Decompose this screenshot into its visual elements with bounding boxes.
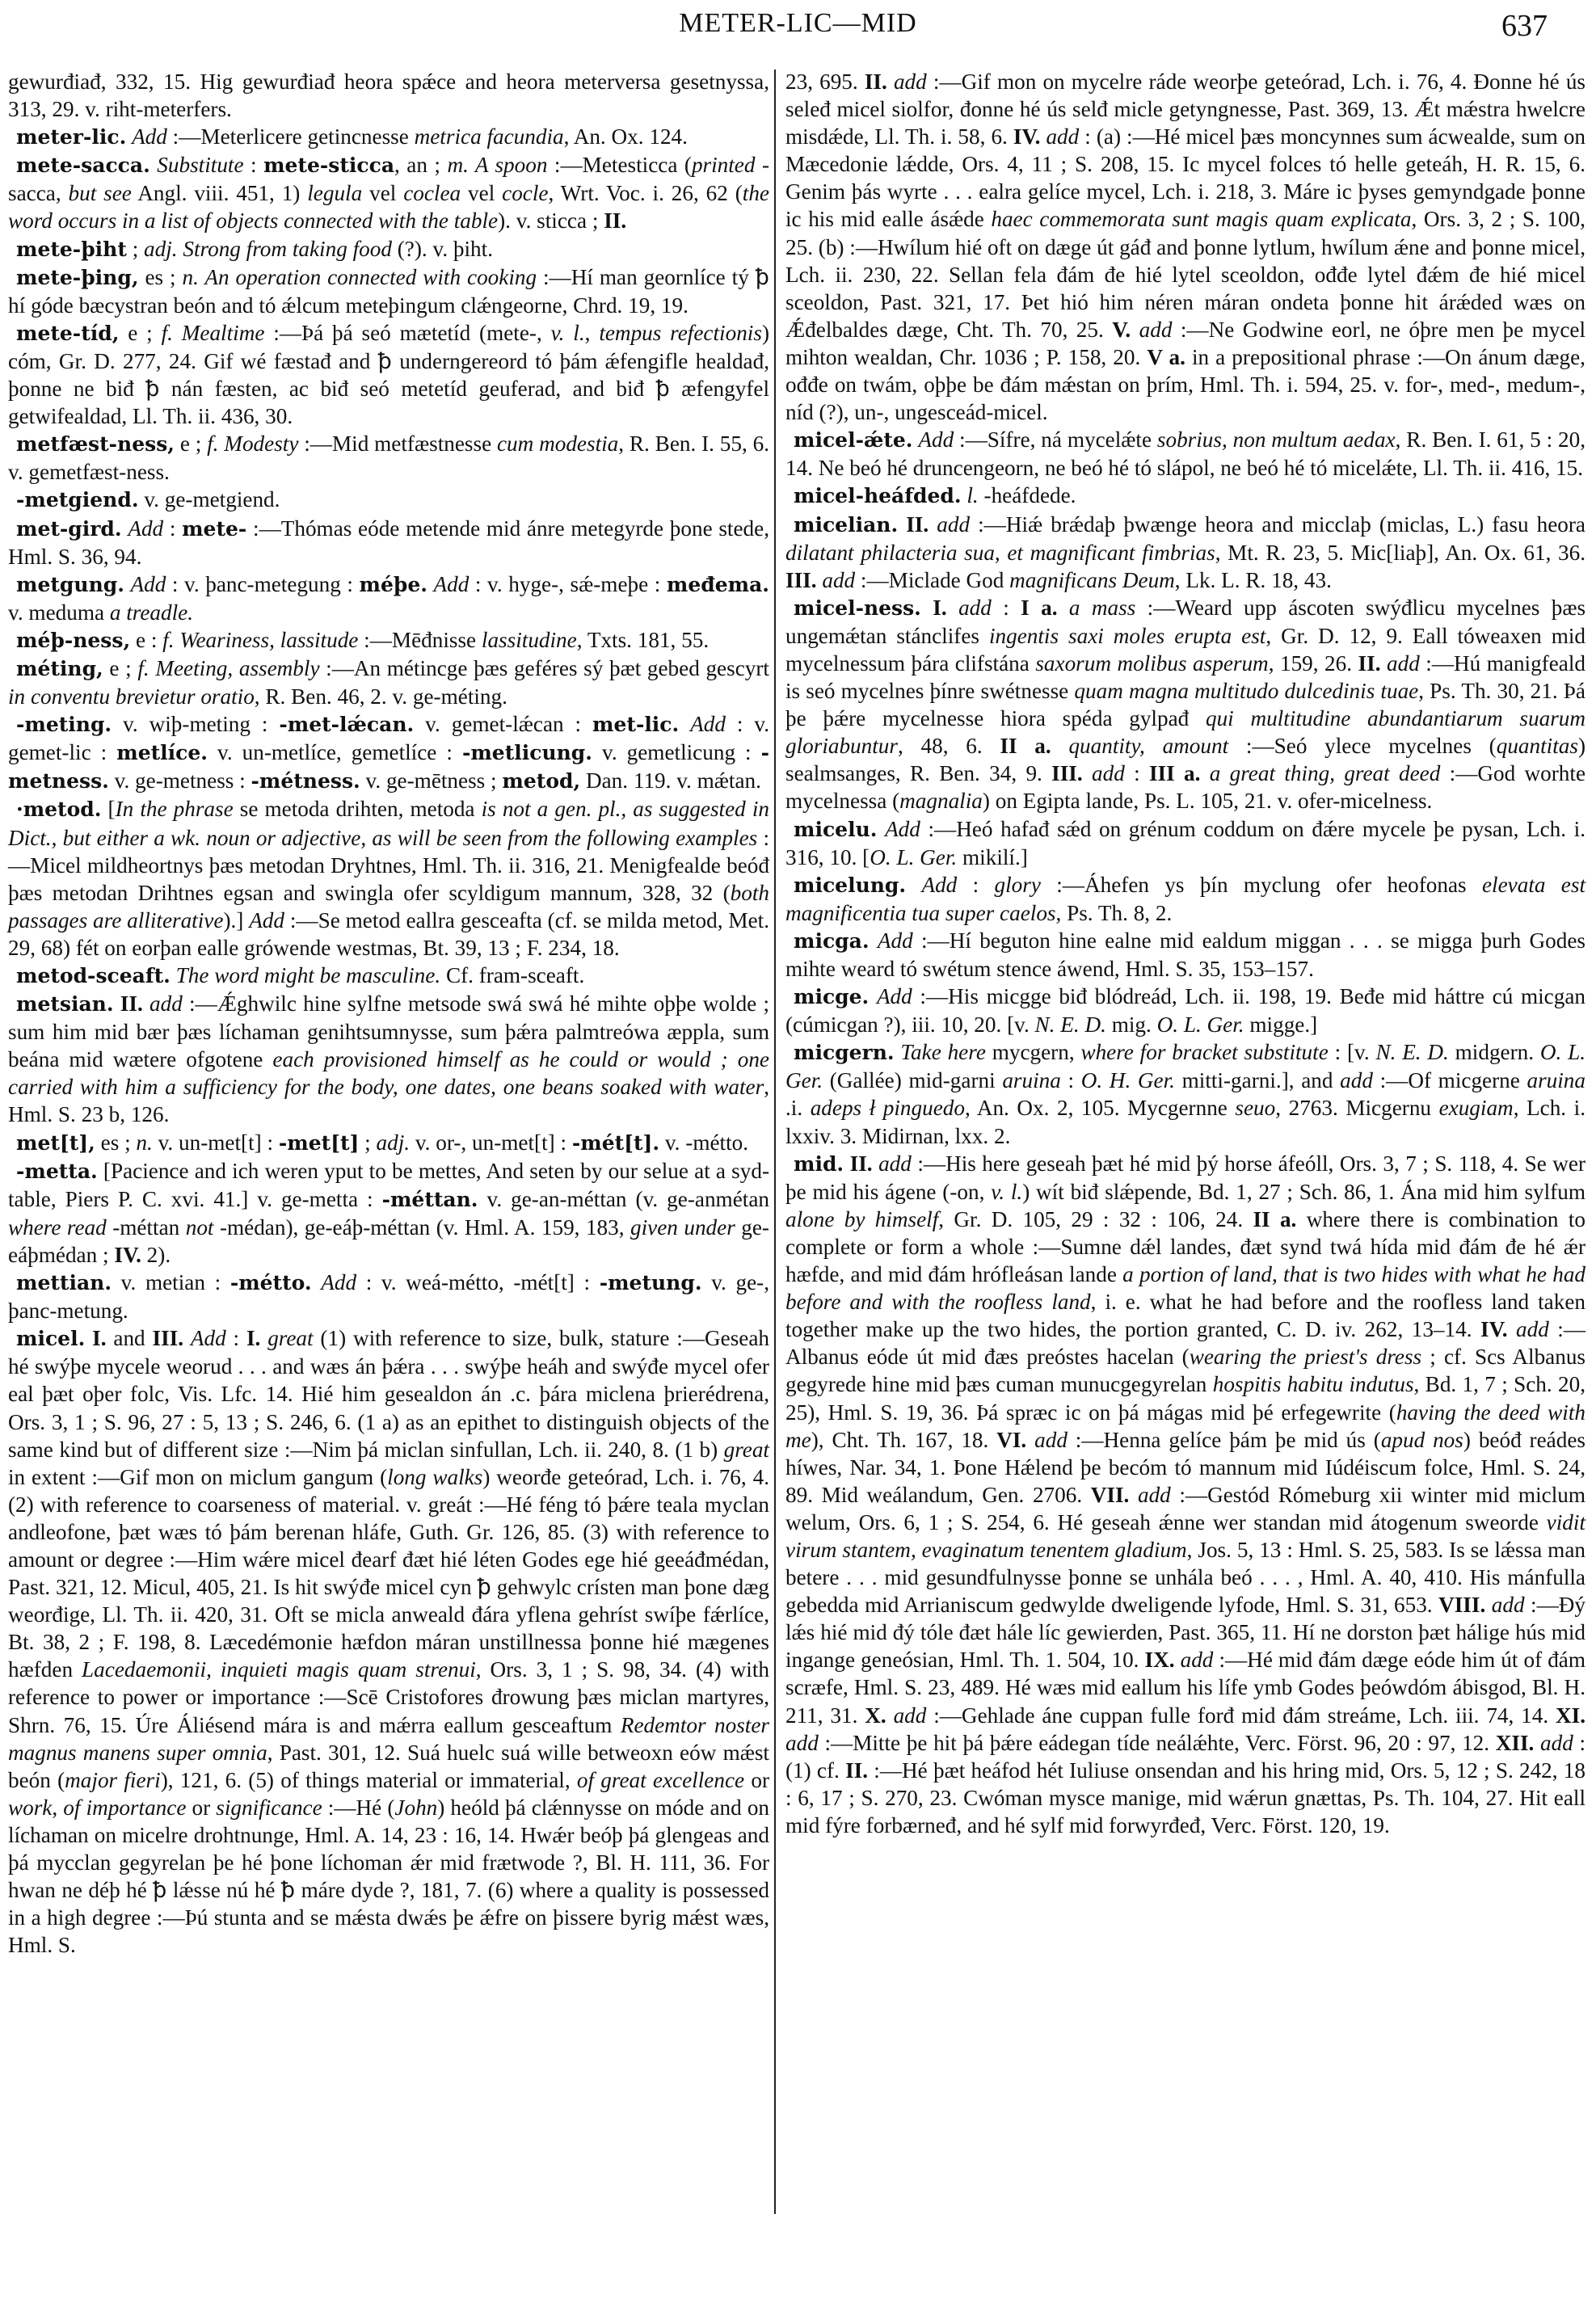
headword: micelung. xyxy=(794,873,906,897)
headword: meter-lic. xyxy=(16,125,126,149)
italic-text: The word might be masculine. xyxy=(176,963,440,987)
sense-number: IX. xyxy=(1145,1648,1175,1672)
entry-text: e ; xyxy=(119,321,161,345)
entry-text: : xyxy=(244,153,264,177)
sense-number: XII. xyxy=(1496,1731,1535,1755)
italic-text: add xyxy=(958,596,992,620)
italic-text: apud nos xyxy=(1381,1428,1463,1452)
dictionary-entry: met[t], es ; n. v. un-met[t] : -met[t] ;… xyxy=(8,1129,769,1157)
entry-text: midgern. xyxy=(1449,1040,1540,1064)
entry-text: v. ge-metness : xyxy=(109,768,251,793)
italic-text: Add xyxy=(128,516,163,541)
sense-number: III. xyxy=(152,1326,183,1350)
dictionary-entry: micel-heáfded. l. -heáfdede. xyxy=(785,482,1585,510)
dictionary-entry: -metta. [Pacience and ich weren yput to … xyxy=(8,1157,769,1269)
dictionary-entry: micelu. Add :—Heó hafađ sǽd on grénum co… xyxy=(785,815,1585,871)
entry-text: ). v. sticca ; xyxy=(498,208,604,233)
headword: mete- xyxy=(182,517,246,541)
sense-number: X. xyxy=(865,1703,886,1728)
entry-text: 2). xyxy=(141,1243,171,1267)
headword: met-gird. xyxy=(16,517,122,541)
italic-text: haec commemorata sunt magis quam explica… xyxy=(991,207,1411,231)
entry-text: -méttan xyxy=(107,1215,186,1240)
entry-text: ; xyxy=(359,1130,376,1155)
headword: micelian. xyxy=(794,513,898,537)
entry-text: migge.] xyxy=(1244,1012,1318,1037)
italic-text: dilatant philacteria sua, et magnificant… xyxy=(785,541,1215,565)
entry-text: v. gemetlicung : xyxy=(592,740,761,764)
dictionary-entry: micgern. Take here mycgern, where for br… xyxy=(785,1038,1585,1149)
italic-text: quantitas xyxy=(1497,734,1578,758)
entry-text: Dan. 119. v. mǽtan. xyxy=(580,768,761,793)
entry-text: and xyxy=(107,1326,153,1350)
entry-text: ) on Egipta lande, Ps. L. 105, 21. v. of… xyxy=(983,789,1432,813)
entry-text: :—An métincge þæs geféres sý þæt gebed g… xyxy=(320,656,769,680)
entry-text: v. or-, un-met[t] : xyxy=(410,1130,572,1155)
entry-text: or xyxy=(186,1795,216,1820)
headword: mete-sacca. xyxy=(16,154,150,177)
headword: -méttan. xyxy=(382,1188,478,1211)
dictionary-entry: met-gird. Add : mete- :—Thómas eóde mete… xyxy=(8,515,769,570)
sense-number: XI. xyxy=(1556,1703,1585,1728)
entry-text xyxy=(427,572,434,596)
italic-text: adj. Strong from taking food xyxy=(144,237,392,261)
entry-text: ), Cht. Th. 167, 18. xyxy=(811,1428,997,1452)
entry-text: , 2763. Micgernu xyxy=(1275,1096,1438,1120)
headword: mete-sticca xyxy=(263,154,394,177)
entry-text: :—Hé ( xyxy=(322,1795,395,1820)
entry-text: vel xyxy=(362,181,403,205)
italic-text: long walks xyxy=(387,1465,482,1489)
entry-text: se metoda drihten, metoda xyxy=(234,797,482,821)
entry-text: v. ge-an-méttan (v. ge-anmétan xyxy=(478,1187,769,1211)
headword: micge. xyxy=(794,985,869,1008)
entry-text: , Mt. R. 23, 5. Mic[liaþ], An. Ox. 61, 3… xyxy=(1215,541,1585,565)
entry-text: : xyxy=(163,516,182,541)
entry-text: v. metian : xyxy=(112,1270,230,1294)
sense-number: IV. xyxy=(1480,1317,1508,1341)
italic-text: In the phrase xyxy=(116,797,234,821)
headword: micelu. xyxy=(794,818,877,841)
dictionary-entry: 23, 695. II. add :—Gif mon on mycelre rá… xyxy=(785,68,1585,426)
dictionary-entry: gewurđiađ, 332, 15. Hig gewurđiađ heora … xyxy=(8,68,769,123)
headword: mete-þing, xyxy=(16,266,139,289)
headword: -meting. xyxy=(16,713,112,736)
entry-text xyxy=(1200,761,1209,785)
dictionary-entry: metfæst-ness, e ; f. Modesty :—Mid metfæ… xyxy=(8,430,769,486)
headword: méting, xyxy=(16,657,103,680)
headword: -metung. xyxy=(600,1271,702,1294)
entry-text xyxy=(1508,1317,1516,1341)
entry-text xyxy=(1131,318,1139,342)
entry-text: : v. weá-métto, -mét[t] : xyxy=(356,1270,600,1294)
entry-text: e ; xyxy=(103,656,138,680)
entry-text: (Gallée) mid-garni xyxy=(823,1068,1002,1092)
italic-text: add xyxy=(1138,1483,1171,1507)
entry-text: ).] xyxy=(223,908,249,932)
entry-text: , An. Ox. 124. xyxy=(564,124,688,149)
italic-text: add xyxy=(1540,1731,1573,1755)
entry-text: Angl. viii. 451, 1) xyxy=(132,181,307,205)
entry-text: :—Þá þá seó mætetíd (mete-, xyxy=(264,321,550,345)
sense-number: VIII. xyxy=(1438,1593,1485,1617)
italic-text: hospitis habitu indutus xyxy=(1213,1372,1414,1396)
dictionary-entry: micge. Add :—His micgge biđ blódreád, Lc… xyxy=(785,983,1585,1038)
italic-text: saxorum molibus asperum xyxy=(1035,651,1268,676)
headword: met[t], xyxy=(16,1131,95,1155)
headword: mete-tíd, xyxy=(16,322,119,345)
italic-text: magnalia xyxy=(899,789,983,813)
italic-text: glory xyxy=(995,873,1041,897)
entry-text: :—Miclade God xyxy=(855,568,1009,592)
dictionary-entry: -meting. v. wiþ-meting : -met-lǽcan. v. … xyxy=(8,710,769,795)
italic-text: Add xyxy=(918,427,954,452)
entry-text: :—Seó ylece mycelnes ( xyxy=(1228,734,1497,758)
headword: -metlicung. xyxy=(462,741,592,764)
entry-text: e : xyxy=(130,628,162,652)
headword: micel-ǽte. xyxy=(794,428,913,452)
entry-text xyxy=(679,712,690,736)
dictionary-entry: micel-ǽte. Add :—Sífre, ná mycelǽte sobr… xyxy=(785,426,1585,482)
italic-text: wearing the priest's dress xyxy=(1190,1345,1421,1369)
headword: micel-ness. xyxy=(794,596,921,620)
italic-text: add xyxy=(894,1703,927,1728)
dictionary-entry: mete-sacca. Substitute : mete-sticca, an… xyxy=(8,151,769,234)
entry-text: 23, 695. xyxy=(785,69,865,94)
entry-text: , Ps. Th. 8, 2. xyxy=(1056,901,1173,925)
headword: méþe. xyxy=(360,573,427,596)
entry-text: , Wrt. Voc. i. 26, 62 ( xyxy=(549,181,743,205)
italic-text: f. Weariness, lassitude xyxy=(162,628,358,652)
italic-text: Add xyxy=(249,908,284,932)
italic-text: n. xyxy=(136,1130,152,1155)
italic-text: printed xyxy=(692,153,756,177)
italic-text: add xyxy=(149,991,183,1016)
italic-text: Add xyxy=(877,984,912,1008)
entry-text: :—Mēđnisse xyxy=(358,628,482,652)
entry-text: v. meduma xyxy=(8,600,110,625)
dictionary-entry: meter-lic. Add :—Meterlicere getincnesse… xyxy=(8,123,769,151)
italic-text: f. Meeting, assembly xyxy=(137,656,319,680)
entry-text: : xyxy=(957,873,994,897)
right-column: 23, 695. II. add :—Gif mon on mycelre rá… xyxy=(785,68,1585,1839)
italic-text: N. E. D. xyxy=(1035,1012,1106,1037)
entry-text: : xyxy=(992,596,1021,620)
italic-text: Lacedaemonii, inquieti magis quam strenu… xyxy=(82,1657,476,1682)
headword: ·metod. xyxy=(16,798,101,821)
entry-text: -heáfdede. xyxy=(979,483,1076,507)
italic-text: a great thing, great deed xyxy=(1210,761,1441,785)
italic-text: Add xyxy=(921,873,957,897)
italic-text: in conventu brevietur oratio xyxy=(8,684,255,709)
entry-text xyxy=(947,596,958,620)
dictionary-entry: micel. I. and III. Add : I. great (1) wi… xyxy=(8,1324,769,1959)
sense-number: V. xyxy=(1112,318,1131,342)
entry-text: [ xyxy=(101,797,115,821)
sense-number: IV. xyxy=(1013,124,1041,149)
sense-number: II a. xyxy=(1253,1207,1296,1231)
entry-text: in extent :—Gif mon on miclum gangum ( xyxy=(8,1465,387,1489)
italic-text: legula xyxy=(307,181,362,205)
entry-text: v. ge-mētness ; xyxy=(360,768,503,793)
sense-number: III. xyxy=(1051,761,1083,785)
headword: -met-lǽcan. xyxy=(279,713,414,736)
italic-text: add xyxy=(878,1151,912,1176)
italic-text: significance xyxy=(216,1795,322,1820)
italic-text: adeps ł pinguedo xyxy=(811,1096,965,1120)
entry-text xyxy=(1051,734,1069,758)
italic-text: a treadle. xyxy=(110,600,193,625)
entry-text: :—Sífre, ná mycelǽte xyxy=(954,427,1157,452)
headword: međema. xyxy=(667,573,769,596)
italic-text: a mass xyxy=(1069,596,1135,620)
sense-number: VII. xyxy=(1091,1483,1130,1507)
italic-text: of great excellence xyxy=(577,1768,744,1792)
italic-text: add xyxy=(1387,651,1420,676)
entry-text: v. un-metlíce, gemetlíce : xyxy=(208,740,462,764)
entry-text: v. gemet-lǽcan : xyxy=(414,712,592,736)
dictionary-entry: metod-sceaft. The word might be masculin… xyxy=(8,962,769,990)
entry-text: , xyxy=(585,321,600,345)
entry-text: vel xyxy=(461,181,502,205)
entry-text: : [v. xyxy=(1329,1040,1376,1064)
entry-text xyxy=(124,572,131,596)
headword: metgung. xyxy=(16,573,124,596)
dictionary-entry: mettian. v. metian : -métto. Add : v. we… xyxy=(8,1269,769,1324)
entry-text: : v. hyge-, sǽ-meþe : xyxy=(469,572,667,596)
entry-text: mikilí.] xyxy=(957,845,1028,869)
headword: mid. xyxy=(794,1152,844,1176)
entry-text xyxy=(929,512,937,537)
sense-number: II. xyxy=(604,208,626,233)
entry-text: v. wiþ-meting : xyxy=(112,712,279,736)
italic-text: work xyxy=(8,1795,52,1820)
entry-text: : xyxy=(1125,761,1149,785)
italic-text: add xyxy=(1046,124,1079,149)
headword: -metgiend. xyxy=(16,488,139,511)
dictionary-entry: micga. Add :—Hí beguton hine ealne mid e… xyxy=(785,927,1585,983)
italic-text: Add xyxy=(131,572,166,596)
entry-text xyxy=(921,596,933,620)
italic-text: ingentis saxi moles erupta est xyxy=(989,624,1265,648)
italic-text: but see xyxy=(69,181,132,205)
italic-text: cum modestia xyxy=(497,431,618,456)
entry-text xyxy=(1026,1428,1034,1452)
headword: -mét[t]. xyxy=(572,1131,659,1155)
entry-text: , An. Ox. 2, 105. Mycgernne xyxy=(965,1096,1235,1120)
italic-text: not xyxy=(186,1215,214,1240)
entry-text: , an ; xyxy=(394,153,447,177)
italic-text: n. An operation connected with cooking xyxy=(183,265,537,289)
entry-text: , 159, 26. xyxy=(1269,651,1358,676)
italic-text: m. A spoon xyxy=(447,153,547,177)
italic-text: adj. xyxy=(377,1130,411,1155)
entry-text xyxy=(1083,761,1092,785)
entry-text: or xyxy=(744,1768,769,1792)
italic-text: N. E. D. xyxy=(1375,1040,1448,1064)
entry-text xyxy=(1485,1593,1492,1617)
italic-text: Add xyxy=(690,712,726,736)
italic-text: add xyxy=(1492,1593,1525,1617)
italic-text: add xyxy=(1139,318,1173,342)
dictionary-entry: micelian. II. add :—Hiǽ brǽdaþ þwænge he… xyxy=(785,511,1585,594)
headword: micga. xyxy=(794,929,870,953)
dictionary-entry: mid. II. add :—His here geseah þæt hé mi… xyxy=(785,1150,1585,1839)
sense-number: V a. xyxy=(1147,345,1185,369)
dictionary-entry: metsian. II. add :—Ǽghwilc hine sylfne m… xyxy=(8,990,769,1128)
dictionary-entry: ·metod. [In the phrase se metoda drihten… xyxy=(8,795,769,962)
italic-text: given under xyxy=(630,1215,735,1240)
entry-text xyxy=(898,512,906,537)
entry-text: :—Henna gelíce þám þe mid ús ( xyxy=(1068,1428,1381,1452)
italic-text: v. l. xyxy=(551,321,585,345)
sense-number: II. xyxy=(845,1758,868,1783)
left-column: gewurđiađ, 332, 15. Hig gewurđiađ heora … xyxy=(8,68,769,1959)
entry-text: Cf. fram-sceaft. xyxy=(440,963,584,987)
entry-text: , Txts. 181, 55. xyxy=(577,628,709,652)
entry-text xyxy=(312,1270,322,1294)
italic-text: major fieri xyxy=(65,1768,161,1792)
headword: metfæst-ness, xyxy=(16,432,175,456)
italic-text: cocle xyxy=(502,181,548,205)
entry-text: mitti-garni.], and xyxy=(1175,1068,1340,1092)
italic-text: Add xyxy=(885,817,920,841)
headword: metsian. xyxy=(16,992,114,1016)
entry-text xyxy=(887,69,894,94)
italic-text: aruina xyxy=(1002,1068,1061,1092)
italic-text: exugiam xyxy=(1439,1096,1514,1120)
entry-text: :—Gehlade áne cuppan fulle forđ mid đám … xyxy=(926,1703,1556,1728)
italic-text: of importance xyxy=(63,1795,186,1820)
italic-text: lassitudine xyxy=(482,628,577,652)
sense-number: I a. xyxy=(1021,596,1057,620)
dictionary-entry: méþ-ness, e : f. Weariness, lassitude :—… xyxy=(8,626,769,655)
entry-text xyxy=(1129,1483,1138,1507)
headword: mettian. xyxy=(16,1271,112,1294)
entry-text xyxy=(844,1151,849,1176)
italic-text: add xyxy=(822,568,855,592)
italic-text: add xyxy=(1516,1317,1549,1341)
italic-text: add xyxy=(1340,1068,1373,1092)
dictionary-entry: micel-ness. I. add : I a. a mass :—Weard… xyxy=(785,594,1585,815)
italic-text: Add xyxy=(191,1326,226,1350)
italic-text: O. H. Ger. xyxy=(1081,1068,1175,1092)
italic-text: sobrius, non multum aedax xyxy=(1157,427,1396,452)
italic-text: O. L. Ger. xyxy=(1157,1012,1244,1037)
italic-text: Add xyxy=(878,928,913,953)
entry-text: , Lk. L. R. 18, 43. xyxy=(1175,568,1332,592)
italic-text: great xyxy=(724,1438,769,1462)
dictionary-entry: micelung. Add : glory :—Áhefen ys þín my… xyxy=(785,871,1585,927)
dictionary-entry: méting, e ; f. Meeting, assembly :—An mé… xyxy=(8,655,769,710)
entry-text xyxy=(1058,596,1069,620)
sense-number: II. xyxy=(120,991,143,1016)
entry-text: :—Mid metfæstnesse xyxy=(298,431,497,456)
headword: metlíce. xyxy=(116,741,208,764)
entry-text: (?). v. þiht. xyxy=(392,237,493,261)
italic-text: quantity, amount xyxy=(1068,734,1228,758)
page-number: 637 xyxy=(1501,8,1548,44)
entry-text: ), 121, 6. (5) of things material or imm… xyxy=(161,1768,577,1792)
entry-text xyxy=(183,1326,191,1350)
entry-text xyxy=(1534,1731,1540,1755)
entry-text: mig. xyxy=(1106,1012,1157,1037)
entry-text xyxy=(1175,1648,1181,1672)
entry-text: : v. þanc-metegung : xyxy=(166,572,359,596)
entry-text: :—Of micgerne xyxy=(1373,1068,1527,1092)
entry-text: :—Hiǽ brǽdaþ þwænge heora and micclaþ (m… xyxy=(970,512,1585,537)
italic-text: Add xyxy=(434,572,470,596)
entry-text: , xyxy=(52,1795,63,1820)
headword: mete-þiht xyxy=(16,238,127,261)
italic-text: Substitute xyxy=(157,153,243,177)
italic-text: quam magna multitudo dulcedinis tuae xyxy=(1074,679,1418,703)
sense-number: III a. xyxy=(1149,761,1200,785)
entry-text: :—Mitte þe hit þá þǽre eádegan tíde neál… xyxy=(819,1731,1496,1755)
entry-text xyxy=(906,873,921,897)
entry-text: :—Metesticca ( xyxy=(547,153,692,177)
italic-text: metrica facundia xyxy=(415,124,564,149)
entry-text: ) wít biđ slǽpende, Bd. 1, 27 ; Sch. 86,… xyxy=(1022,1180,1585,1204)
headword: metod-sceaft. xyxy=(16,964,171,987)
italic-text: great xyxy=(267,1326,313,1350)
entry-text: v. ge-metgiend. xyxy=(139,487,280,511)
headword: metod, xyxy=(502,769,580,793)
italic-text: add xyxy=(1181,1648,1214,1672)
entry-text: :—Áhefen ys þín myclung ofer heofonas xyxy=(1041,873,1482,897)
entry-text: :—Meterlicere getincnesse xyxy=(167,124,415,149)
italic-text: alone by himself xyxy=(785,1207,938,1231)
italic-text: seuo xyxy=(1235,1096,1275,1120)
page-header: METER-LIC—MID 637 xyxy=(0,3,1596,52)
entry-text xyxy=(869,984,877,1008)
entry-text: e ; xyxy=(175,431,207,456)
entry-text: es ; xyxy=(95,1130,137,1155)
headword: -met[t] xyxy=(279,1131,360,1155)
italic-text: where read xyxy=(8,1215,107,1240)
italic-text: tempus refectionis xyxy=(599,321,762,345)
running-title: METER-LIC—MID xyxy=(0,8,1596,39)
sense-number: II. xyxy=(850,1151,873,1176)
italic-text: aruina xyxy=(1527,1068,1585,1092)
sense-number: II a. xyxy=(1000,734,1051,758)
italic-text: add xyxy=(894,69,927,94)
italic-text: add xyxy=(937,512,970,537)
italic-text: Add xyxy=(132,124,167,149)
entry-text xyxy=(114,991,120,1016)
italic-text: add xyxy=(785,1731,819,1755)
entry-text xyxy=(873,1151,878,1176)
dictionary-entry: metgung. Add : v. þanc-metegung : méþe. … xyxy=(8,570,769,626)
entry-text xyxy=(260,1326,267,1350)
entry-text: -médan), ge-eáþ-méttan (v. Hml. A. 159, … xyxy=(213,1215,630,1240)
dictionary-entry: mete-tíd, e ; f. Mealtime :—Þá þá seó mæ… xyxy=(8,319,769,430)
entry-text: v. un-met[t] : xyxy=(153,1130,279,1155)
sense-number: I. xyxy=(246,1326,260,1350)
italic-text: coclea xyxy=(403,181,461,205)
dictionary-entry: -metgiend. v. ge-metgiend. xyxy=(8,486,769,514)
entry-text xyxy=(877,817,885,841)
sense-number: I. xyxy=(92,1326,106,1350)
entry-text: ) weorđe geteórad, Lch. i. 76, 4. (2) wi… xyxy=(8,1465,769,1682)
entry-text xyxy=(886,1703,894,1728)
italic-text: add xyxy=(1092,761,1125,785)
entry-text: gewurđiađ, 332, 15. Hig gewurđiađ heora … xyxy=(8,69,769,121)
italic-text: Add xyxy=(321,1270,356,1294)
italic-text: add xyxy=(1034,1428,1068,1452)
sense-number: VI. xyxy=(996,1428,1026,1452)
dictionary-entry: mete-þiht ; adj. Strong from taking food… xyxy=(8,235,769,263)
